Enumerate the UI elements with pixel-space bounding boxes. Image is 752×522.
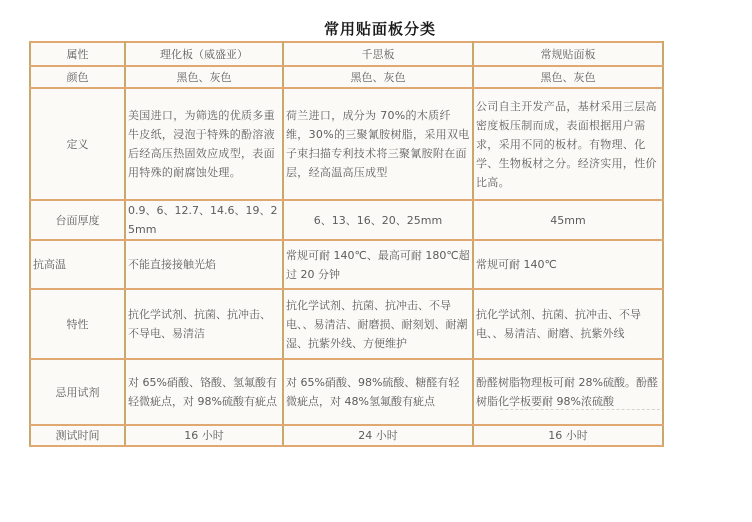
cell-thickness-trespa: 6、13、16、20、25mm bbox=[283, 200, 473, 240]
cell-heat-trespa: 常规可耐 140℃、最高可耐 180℃超过 20 分钟 bbox=[283, 240, 473, 289]
cell-definition-standard: 公司自主开发产品，基材采用三层高密度板压制而成，表面根据用户需求，采用不同的板材… bbox=[473, 88, 663, 200]
document-title: 常用贴面板分类 bbox=[0, 18, 752, 39]
panel-comparison-table: 属性 理化板（威盛亚） 千思板 常规贴面板 颜色 黑色、灰色 黑色、灰色 黑色、… bbox=[29, 41, 664, 447]
header-attribute: 属性 bbox=[30, 42, 125, 66]
cell-reagents-standard: 酚醛树脂物理板可耐 28%硫酸。酚醛树脂化学板要耐 98%浓硫酸 bbox=[473, 359, 663, 425]
cell-definition-trespa: 荷兰进口，成分为 70%的木质纤维，30%的三聚氰胺树脂，采用双电子束扫描专利技… bbox=[283, 88, 473, 200]
cell-definition-physchem: 美国进口，为筛选的优质多重牛皮纸，浸泡于特殊的酚溶液后经高压热固效应成型，表面用… bbox=[125, 88, 283, 200]
cell-time-trespa: 24 小时 bbox=[283, 425, 473, 446]
cell-features-trespa: 抗化学试剂、抗菌、抗冲击、不导电、、易清洁、耐磨损、耐刻划、耐潮湿、抗紫外线、方… bbox=[283, 289, 473, 359]
table-row-color: 颜色 黑色、灰色 黑色、灰色 黑色、灰色 bbox=[30, 66, 663, 88]
cell-color-trespa: 黑色、灰色 bbox=[283, 66, 473, 88]
row-label-test-time: 测试时间 bbox=[30, 425, 125, 446]
cell-reagents-trespa: 对 65%硝酸、98%硫酸、糖醛有轻微疵点，对 48%氢氟酸有疵点 bbox=[283, 359, 473, 425]
cell-features-standard: 抗化学试剂、抗菌、抗冲击、不导电、、易清洁、耐磨、抗紫外线 bbox=[473, 289, 663, 359]
cell-heat-standard: 常规可耐 140℃ bbox=[473, 240, 663, 289]
row-label-color: 颜色 bbox=[30, 66, 125, 88]
row-label-thickness: 台面厚度 bbox=[30, 200, 125, 240]
header-standard-veneer-board: 常规贴面板 bbox=[473, 42, 663, 66]
table-row-definition: 定义 美国进口，为筛选的优质多重牛皮纸，浸泡于特殊的酚溶液后经高压热固效应成型，… bbox=[30, 88, 663, 200]
cell-features-physchem: 抗化学试剂、抗菌、抗冲击、不导电、易清洁 bbox=[125, 289, 283, 359]
table-header-row: 属性 理化板（威盛亚） 千思板 常规贴面板 bbox=[30, 42, 663, 66]
comparison-table-container: 属性 理化板（威盛亚） 千思板 常规贴面板 颜色 黑色、灰色 黑色、灰色 黑色、… bbox=[29, 41, 662, 447]
table-row-thickness: 台面厚度 0.9、6、12.7、14.6、19、25mm 6、13、16、20、… bbox=[30, 200, 663, 240]
cell-thickness-physchem: 0.9、6、12.7、14.6、19、25mm bbox=[125, 200, 283, 240]
table-row-heat-resistance: 抗高温 不能直接接触光焰 常规可耐 140℃、最高可耐 180℃超过 20 分钟… bbox=[30, 240, 663, 289]
cell-color-standard: 黑色、灰色 bbox=[473, 66, 663, 88]
watermark-artifact-line bbox=[500, 409, 660, 414]
table-row-test-time: 测试时间 16 小时 24 小时 16 小时 bbox=[30, 425, 663, 446]
row-label-features: 特性 bbox=[30, 289, 125, 359]
cell-color-physchem: 黑色、灰色 bbox=[125, 66, 283, 88]
table-row-avoid-reagents: 忌用试剂 对 65%硝酸、铬酸、氢氟酸有轻微疵点，对 98%硫酸有疵点 对 65… bbox=[30, 359, 663, 425]
row-label-heat-resistance: 抗高温 bbox=[30, 240, 125, 289]
header-physchem-board: 理化板（威盛亚） bbox=[125, 42, 283, 66]
cell-thickness-standard: 45mm bbox=[473, 200, 663, 240]
cell-heat-physchem: 不能直接接触光焰 bbox=[125, 240, 283, 289]
cell-reagents-physchem: 对 65%硝酸、铬酸、氢氟酸有轻微疵点，对 98%硫酸有疵点 bbox=[125, 359, 283, 425]
cell-time-physchem: 16 小时 bbox=[125, 425, 283, 446]
row-label-definition: 定义 bbox=[30, 88, 125, 200]
cell-time-standard: 16 小时 bbox=[473, 425, 663, 446]
row-label-avoid-reagents: 忌用试剂 bbox=[30, 359, 125, 425]
table-row-features: 特性 抗化学试剂、抗菌、抗冲击、不导电、易清洁 抗化学试剂、抗菌、抗冲击、不导电… bbox=[30, 289, 663, 359]
header-trespa-board: 千思板 bbox=[283, 42, 473, 66]
